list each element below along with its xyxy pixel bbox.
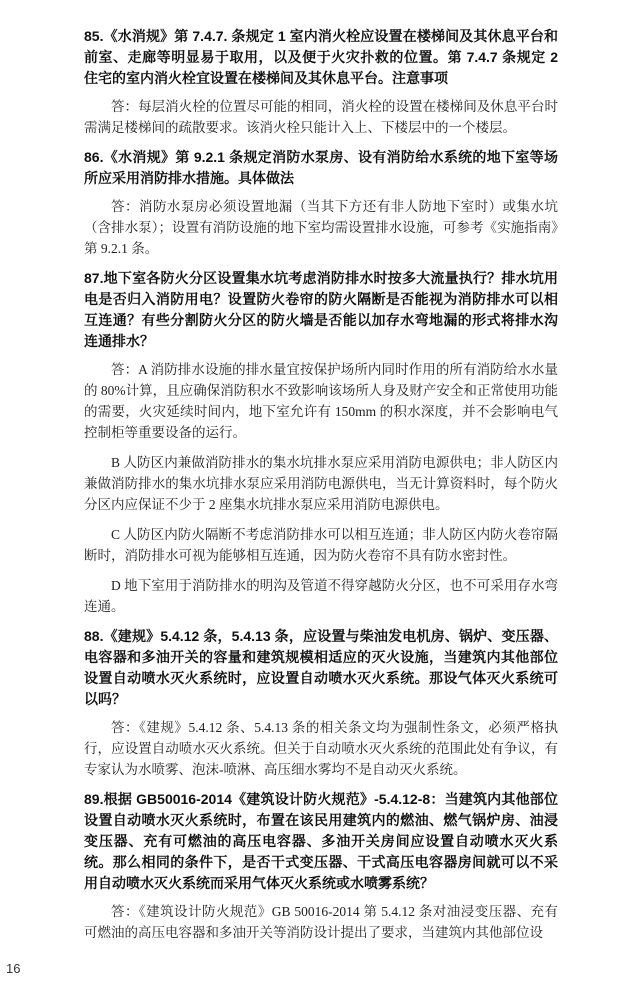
question-87: 87.地下室各防火分区设置集水坑考虑消防排水时按多大流量执行？排水坑用电是否归入… (84, 268, 558, 352)
question-85: 85.《水消规》第 7.4.7. 条规定 1 室内消火栓应设置在楼梯间及其休息平… (84, 26, 558, 89)
document-page: 85.《水消规》第 7.4.7. 条规定 1 室内消火栓应设置在楼梯间及其休息平… (0, 0, 640, 992)
answer-86: 答：消防水泵房必须设置地漏（当其下方还有非人防地下室时）或集水坑（含排水泵）；设… (84, 196, 558, 259)
question-86: 86.《水消规》第 9.2.1 条规定消防水泵房、设有消防给水系统的地下室等场所… (84, 147, 558, 189)
page-number: 16 (6, 961, 20, 976)
question-89: 89.根据 GB50016-2014《建筑设计防火规范》-5.4.12-8：当建… (84, 789, 558, 894)
answer-88: 答：《建规》5.4.12 条、5.4.13 条的相关条文均为强制性条文，必须严格… (84, 717, 558, 780)
answer-85: 答：每层消火栓的位置尽可能的相同，消火栓的设置在楼梯间及休息平台时需满足楼梯间的… (84, 96, 558, 138)
answer-87-part-d: D 地下室用于消防排水的明沟及管道不得穿越防火分区，也不可采用存水弯连通。 (84, 575, 558, 617)
answer-87-part-a: 答：A 消防排水设施的排水量宜按保护场所内同时作用的所有消防给水水量的 80%计… (84, 359, 558, 443)
answer-87-part-b: B 人防区内兼做消防排水的集水坑排水泵应采用消防电源供电；非人防区内兼做消防排水… (84, 452, 558, 515)
qa-content: 85.《水消规》第 7.4.7. 条规定 1 室内消火栓应设置在楼梯间及其休息平… (84, 26, 558, 952)
answer-87-part-c: C 人防区内防火隔断不考虑消防排水可以相互连通；非人防区内防火卷帘隔断时，消防排… (84, 524, 558, 566)
question-88: 88.《建规》5.4.12 条，5.4.13 条，应设置与柴油发电机房、锅炉、变… (84, 626, 558, 710)
answer-89: 答：《建筑设计防火规范》GB 50016-2014 第 5.4.12 条对油浸变… (84, 901, 558, 943)
